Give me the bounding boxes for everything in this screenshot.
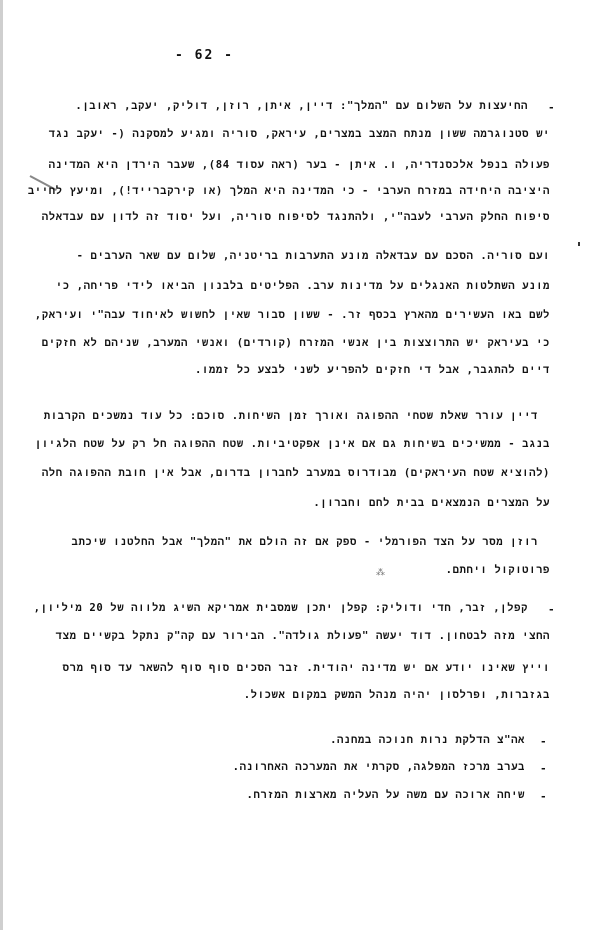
- list-item-text: אה"צ הדלקת נרות חנוכה במחנה.: [330, 734, 525, 747]
- text-line: בנגב - ממשיכים בשיחות גם אם אינן אפקטיבי…: [35, 438, 550, 451]
- text-line: החצי מזה לבטחון. דוד יעשה "פעולת גולדה".…: [56, 630, 550, 643]
- list-item-text: שיחה ארוכה עם משה על העליה מארצות המזרח.: [247, 789, 525, 802]
- dash-bullet: -: [540, 762, 547, 775]
- margin-mark: [578, 242, 580, 246]
- text-line: היציבה היחידה במזרח הערבי - כי המדינה הי…: [28, 185, 550, 198]
- dash-bullet: -: [548, 101, 555, 114]
- dash-bullet: -: [540, 735, 547, 748]
- text-line: בגזברות, ופרלסון יהיה מנהל המשק במקום אש…: [244, 689, 550, 702]
- text-line: פרוטוקול ויחתם.: [446, 564, 550, 577]
- text-line: סיפוח החלק הערבי לעבה"י, ולהתנגד לסיפוח …: [42, 211, 550, 224]
- text-line: החיעצות על השלום עם "המלך": דיין, איתן, …: [75, 100, 528, 113]
- text-line: כי בעיראק יש התרוצצות בין אנשי המזרח (קו…: [42, 337, 550, 350]
- handwritten-scribble: ⁂: [376, 568, 390, 582]
- text-line: דיין עורר שאלת שטחי ההפוגה ואורך זמן השי…: [44, 410, 538, 423]
- page-number: - 62 -: [175, 48, 234, 63]
- scan-left-edge: [0, 0, 3, 930]
- text-line: יש סטנוגרמה ששון מנתח המצב במצרים, עיראק…: [49, 128, 550, 141]
- text-line: דיים להתגבר, אבל די חזקים להפריע לשני לב…: [195, 364, 550, 377]
- text-line: לשם באו העשירים מהארץ בכסף זר. - ששון סב…: [35, 309, 550, 322]
- text-line: ועם סוריה. הסכם עם עבדאלה מונע התערבות ב…: [77, 250, 550, 263]
- text-line: (להוציא שטח העיראקים) מבודרוס במערב לחבר…: [42, 467, 550, 480]
- text-line: מונע השתלטות האנגלים על מדינות ערב. הפלי…: [56, 280, 550, 293]
- dash-bullet: -: [548, 603, 555, 616]
- text-line: פעולה בנפל אלכסנדריה, ו. איתן - בער (ראה…: [49, 159, 550, 172]
- list-item-text: בערב מרכז המפלגה, סקרתי את המערכה האחרונ…: [233, 761, 525, 774]
- text-line: רוזן מסר על הצד הפורמלי - ספק אם זה הולם…: [72, 536, 539, 549]
- text-line: וייץ שאינו יודע אם יש מדינה יהודית. זבר …: [63, 662, 550, 675]
- text-line: קפלן, זבר, חדי ודוליק: קפלן יתכן שמסבית …: [34, 602, 528, 615]
- dash-bullet: -: [540, 790, 547, 803]
- text-line: על המצרים הנמצאים בבית לחם וחברון.: [313, 497, 550, 510]
